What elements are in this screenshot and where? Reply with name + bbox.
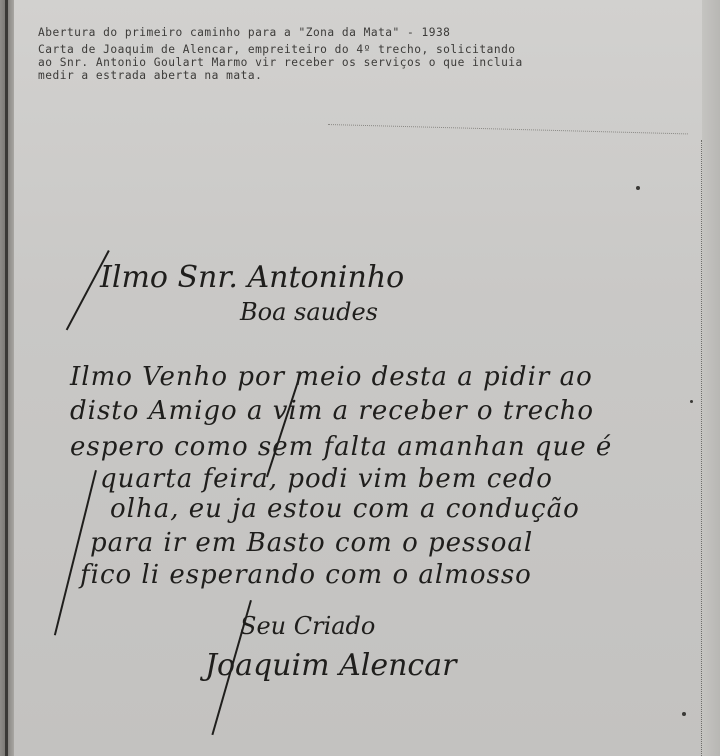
typed-description-line: Carta de Joaquim de Alencar, empreiteiro… xyxy=(38,43,678,56)
letter-body-line: espero como sem falta amanhan que é xyxy=(70,432,612,462)
letter-body-line: Ilmo Venho por meio desta a pidir ao xyxy=(70,362,593,392)
letter-salutation: Ilmo Snr. Antoninho xyxy=(100,260,404,295)
document-page: Abertura do primeiro caminho para a "Zon… xyxy=(0,0,720,756)
letter-body-line: para ir em Basto com o pessoal xyxy=(90,528,533,558)
typed-description-line: medir a estrada aberta na mata. xyxy=(38,69,678,82)
page-fold-line xyxy=(328,124,688,135)
letter-body-line: quarta feira, podi vim bem cedo xyxy=(100,464,553,494)
ink-speck xyxy=(682,712,686,716)
letter-greeting: Boa saudes xyxy=(240,298,378,326)
binding-edge-line xyxy=(5,0,8,756)
letter-body-line: olha, eu ja estou com a condução xyxy=(110,494,580,524)
typed-header: Abertura do primeiro caminho para a "Zon… xyxy=(38,26,678,82)
ink-speck xyxy=(690,400,693,403)
letter-body-line: disto Amigo a vim a receber o trecho xyxy=(70,396,594,426)
ink-speck xyxy=(636,186,640,190)
typed-description-line: ao Snr. Antonio Goulart Marmo vir recebe… xyxy=(38,56,678,69)
letter-closing: Seu Criado xyxy=(240,612,375,640)
typed-title: Abertura do primeiro caminho para a "Zon… xyxy=(38,26,678,39)
page-margin-line xyxy=(701,140,703,756)
letter-signature: Joaquim Alencar xyxy=(205,648,456,683)
page-right-edge xyxy=(702,0,720,756)
letter-body-line: fico li esperando com o almosso xyxy=(80,560,532,590)
